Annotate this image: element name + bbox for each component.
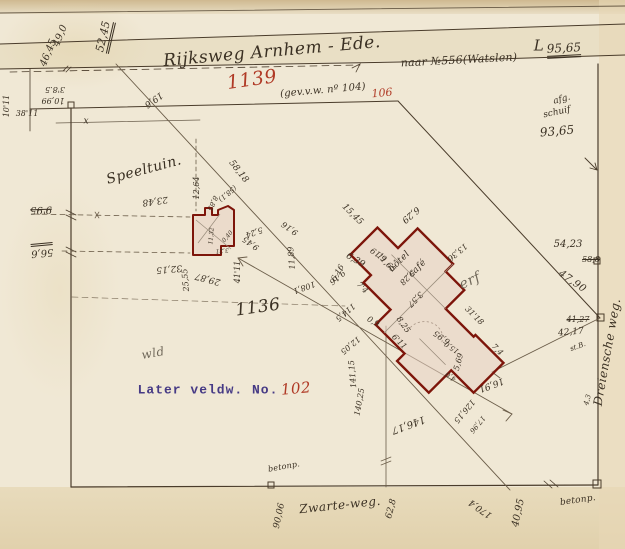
path-line — [56, 120, 200, 123]
meas-10-99: 10,99 — [42, 96, 65, 104]
meas-9-95: 9'95 — [30, 204, 52, 215]
meas-3-21: 3,21 — [215, 246, 229, 253]
meas-10-11: 10'11 — [3, 95, 11, 118]
parcel-top-line — [30, 101, 398, 109]
meas-41-27: 41,27 — [567, 316, 590, 324]
map-linework — [0, 0, 625, 549]
parcel-bottom-boundary — [71, 485, 598, 487]
boundary-post-bottom-right — [593, 480, 601, 488]
meas-56-6: 56,6 — [30, 242, 53, 258]
dashed-horizontal-1 — [33, 214, 190, 217]
meas-3-8-5: 3'8.5 — [45, 85, 65, 93]
meas-54-23: 54,23 — [554, 240, 583, 250]
arrowhead-d2-end — [503, 410, 512, 421]
angle-sign: L — [534, 39, 544, 54]
arrow-right-top — [585, 158, 597, 170]
meas-93-65: 93,65 — [539, 124, 574, 139]
parcel-number-106: 106 — [371, 87, 393, 100]
meas-32-15: 32,15 — [156, 262, 182, 273]
meas-95-65: 95,65 — [546, 41, 581, 59]
parcel-number-102: 102 — [280, 380, 311, 398]
meas-38-11: 38'11 — [16, 110, 39, 118]
meas-58-8: 58,8 — [582, 256, 600, 264]
cross-mark: x — [83, 118, 88, 127]
boundary-post-bottom-mid — [268, 482, 274, 488]
stamp-later-veldw: Later veldw. No. — [138, 384, 279, 397]
cadastral-sketch-map: 49,046,4552,4510'113'8.510,9938'11x19,6R… — [0, 0, 625, 549]
dashed-horizontal-2 — [62, 251, 190, 253]
meas-41-11: 41'11 — [234, 261, 242, 284]
meas-12-64: 12,64 — [193, 177, 201, 200]
boundary-post-topleft — [68, 102, 74, 108]
dashed-horizontal-3 — [72, 297, 345, 306]
sheet-top-line — [0, 6, 625, 13]
area-label-wld: wld — [140, 345, 165, 361]
tick-bottom — [544, 480, 558, 488]
